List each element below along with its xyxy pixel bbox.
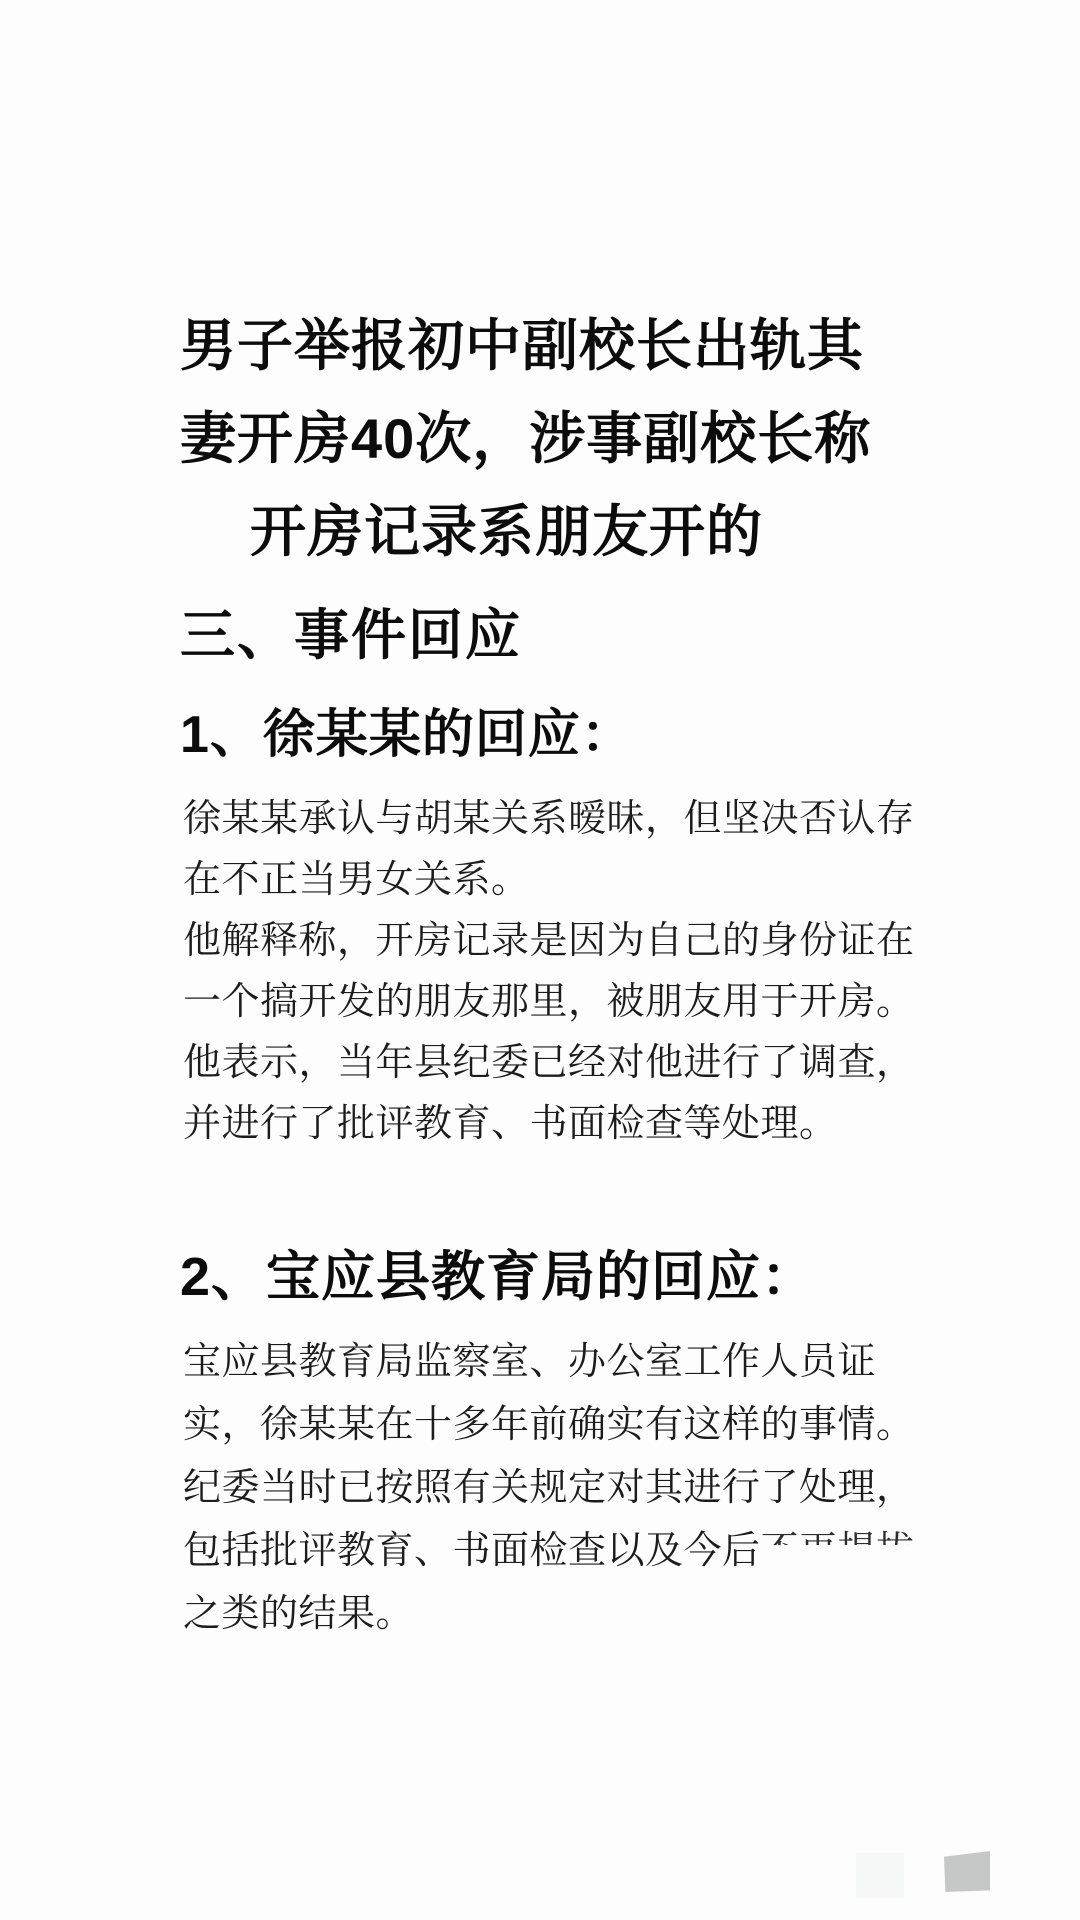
section-heading-event-response: 三、事件回应 — [180, 604, 522, 667]
watermark-square-light — [856, 1853, 904, 1898]
title-line-3: 开房记录系朋友开的 — [180, 485, 940, 578]
paragraph-xu-response: 徐某某承认与胡某关系暧昧，但坚决否认存 在不正当男女关系。 他解释称，开房记录是… — [183, 789, 963, 1155]
text-line: 在不正当男女关系。 — [183, 850, 963, 911]
text-line: 他表示，当年县纪委已经对他进行了调查， — [183, 1033, 963, 1094]
section-heading-xu-response: 1、徐某某的回应： — [180, 706, 634, 766]
text-line-with-erasure: 包括批评教育、书面检查以及今后不再提拔 — [183, 1520, 963, 1583]
text-line: 宝应县教育局监察室、办公室工作人员证 — [183, 1331, 963, 1394]
title-line-2: 妻开房40次，涉事副校长称 — [180, 392, 940, 485]
article-page: 男子举报初中副校长出轨其 妻开房40次，涉事副校长称 开房记录系朋友开的 三、事… — [0, 0, 1080, 1920]
text-line: 一个搞开发的朋友那里，被朋友用于开房。 — [183, 972, 963, 1033]
text-line: 纪委当时已按照有关规定对其进行了处理， — [183, 1457, 963, 1520]
text-line: 之类的结果。 — [183, 1583, 963, 1646]
text-line: 徐某某承认与胡某关系暧昧，但坚决否认存 — [183, 789, 963, 850]
page-title: 男子举报初中副校长出轨其 妻开房40次，涉事副校长称 开房记录系朋友开的 — [180, 299, 940, 578]
text-line: 并进行了批评教育、书面检查等处理。 — [183, 1094, 963, 1155]
paragraph-education-bureau-response: 宝应县教育局监察室、办公室工作人员证 实，徐某某在十多年前确实有这样的事情。 纪… — [183, 1331, 963, 1646]
text-line: 实，徐某某在十多年前确实有这样的事情。 — [183, 1394, 963, 1457]
text-line: 他解释称，开房记录是因为自己的身份证在 — [183, 911, 963, 972]
title-line-1: 男子举报初中副校长出轨其 — [180, 299, 940, 392]
erased-text-fragment: 不再提拔 — [761, 1520, 915, 1545]
text-fragment: 包括批评教育、书面检查以及今后 — [183, 1530, 761, 1572]
watermark-square-gray — [944, 1851, 990, 1892]
section-heading-education-bureau-response: 2、宝应县教育局的回应： — [180, 1246, 816, 1308]
